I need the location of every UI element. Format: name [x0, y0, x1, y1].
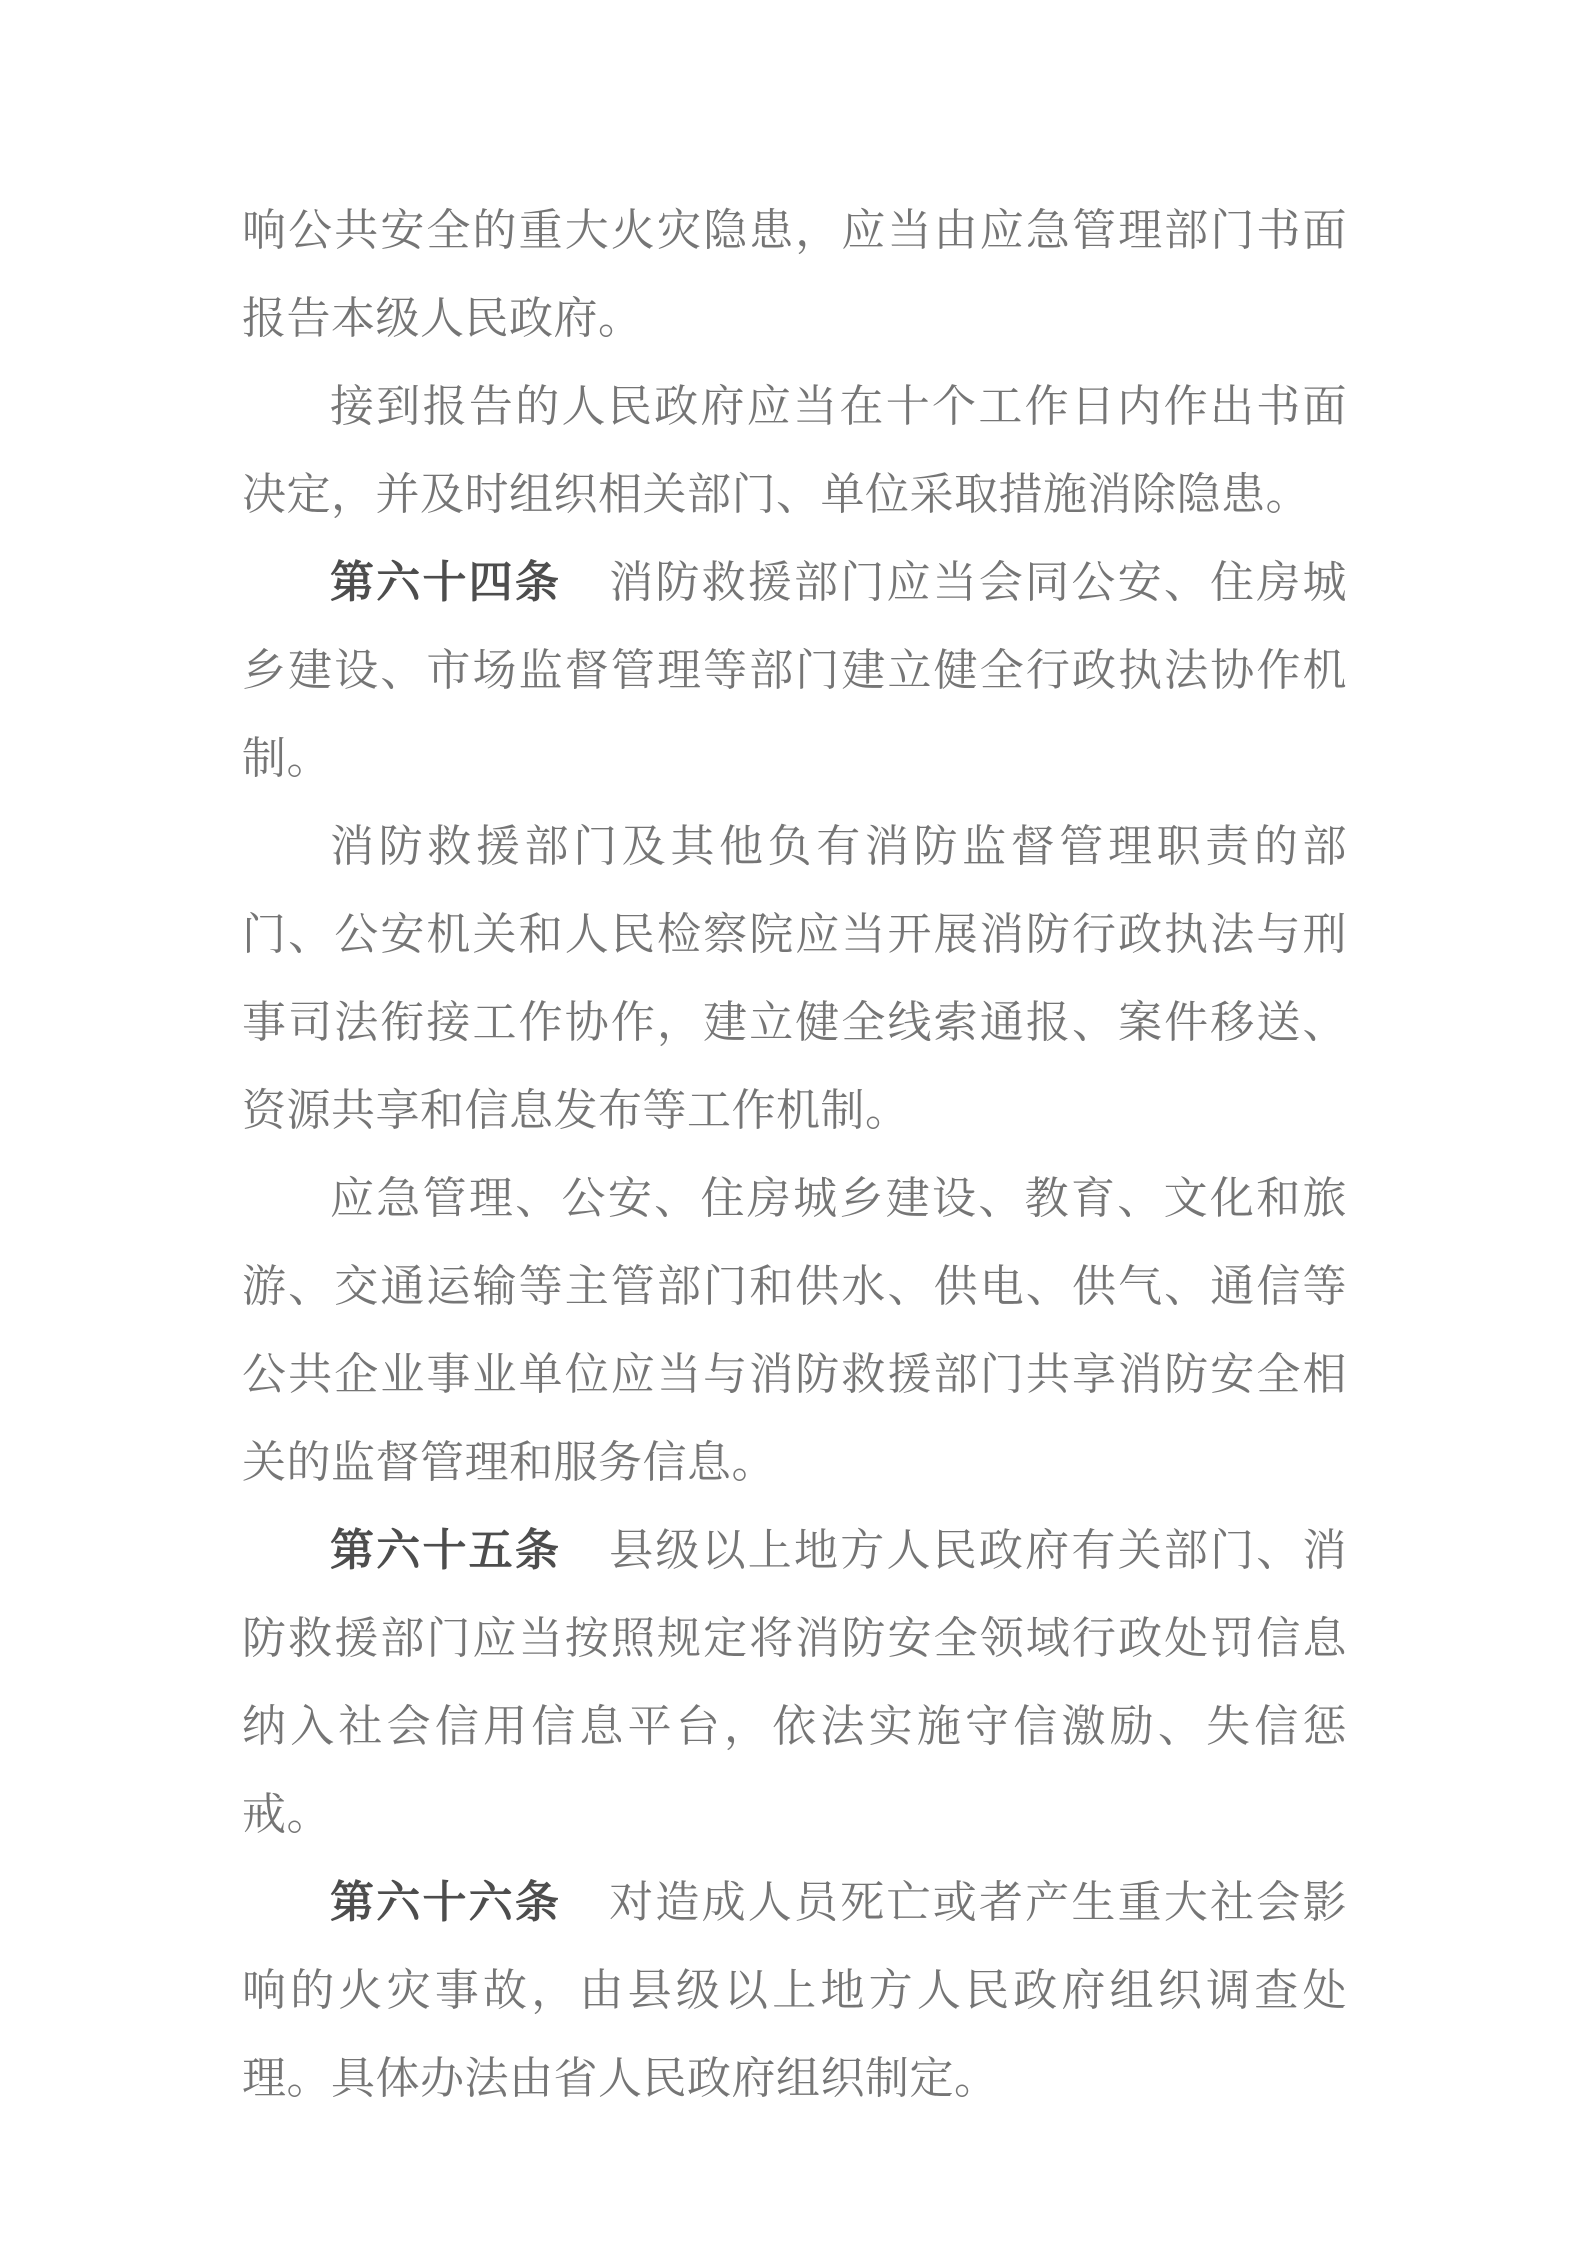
paragraph: 应急管理、公安、住房城乡建设、教育、文化和旅游、交通运输等主管部门和供水、供电、… [242, 1155, 1347, 1507]
document-content: 响公共安全的重大火灾隐患，应当由应急管理部门书面报告本级人民政府。 接到报告的人… [0, 0, 1587, 2123]
paragraph: 消防救援部门及其他负有消防监督管理职责的部门、公安机关和人民检察院应当开展消防行… [242, 803, 1347, 1155]
article-number: 第六十四条 [330, 558, 561, 607]
paragraph: 响公共安全的重大火灾隐患，应当由应急管理部门书面报告本级人民政府。 [242, 187, 1347, 363]
paragraph-text: 应急管理、公安、住房城乡建设、教育、文化和旅游、交通运输等主管部门和供水、供电、… [242, 1174, 1347, 1487]
article-number: 第六十六条 [330, 1878, 561, 1927]
paragraph: 第六十五条县级以上地方人民政府有关部门、消防救援部门应当按照规定将消防安全领域行… [242, 1507, 1347, 1859]
paragraph-text: 接到报告的人民政府应当在十个工作日内作出书面决定，并及时组织相关部门、单位采取措… [242, 382, 1347, 519]
paragraph-text: 消防救援部门及其他负有消防监督管理职责的部门、公安机关和人民检察院应当开展消防行… [242, 822, 1347, 1135]
document-page: 响公共安全的重大火灾隐患，应当由应急管理部门书面报告本级人民政府。 接到报告的人… [0, 0, 1587, 2245]
paragraph: 第六十四条消防救援部门应当会同公安、住房城乡建设、市场监督管理等部门建立健全行政… [242, 539, 1347, 803]
article-number: 第六十五条 [330, 1526, 561, 1575]
paragraph: 接到报告的人民政府应当在十个工作日内作出书面决定，并及时组织相关部门、单位采取措… [242, 363, 1347, 539]
paragraph: 第六十六条对造成人员死亡或者产生重大社会影响的火灾事故，由县级以上地方人民政府组… [242, 1859, 1347, 2123]
paragraph-text: 响公共安全的重大火灾隐患，应当由应急管理部门书面报告本级人民政府。 [242, 206, 1347, 343]
